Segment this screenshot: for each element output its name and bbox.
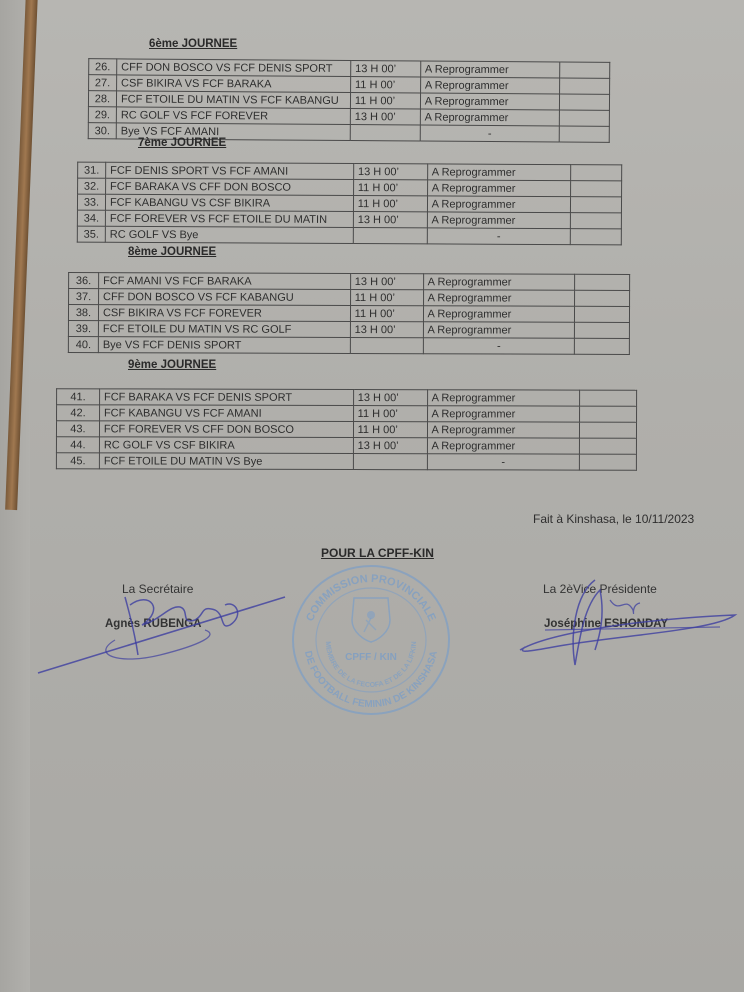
match-extra bbox=[560, 110, 610, 126]
match-time: 11 H 00’ bbox=[350, 290, 423, 306]
match-time: 13 H 00’ bbox=[350, 109, 420, 125]
match-time bbox=[350, 125, 420, 141]
match-status: A Reprogrammer bbox=[427, 406, 580, 422]
match-teams: FCF BARAKA VS CFF DON BOSCO bbox=[106, 178, 354, 195]
match-status: A Reprogrammer bbox=[423, 290, 575, 307]
schedule-table-7: 31.FCF DENIS SPORT VS FCF AMANI13 H 00’A… bbox=[77, 162, 622, 246]
match-number: 41. bbox=[57, 389, 100, 405]
match-teams: FCF KABANGU VS CSF BIKIRA bbox=[105, 194, 353, 211]
match-status: A Reprogrammer bbox=[427, 180, 571, 197]
match-extra bbox=[580, 422, 637, 438]
match-row: 41.FCF BARAKA VS FCF DENIS SPORT13 H 00’… bbox=[57, 389, 637, 407]
match-status: A Reprogrammer bbox=[427, 196, 571, 213]
match-teams: FCF ETOILE DU MATIN VS RC GOLF bbox=[98, 321, 350, 338]
match-status: - bbox=[427, 228, 571, 245]
match-extra bbox=[580, 406, 637, 422]
match-extra bbox=[580, 454, 637, 470]
match-status: A Reprogrammer bbox=[420, 77, 560, 94]
match-row: 40.Bye VS FCF DENIS SPORT- bbox=[68, 337, 629, 355]
match-row: 35.RC GOLF VS Bye- bbox=[77, 226, 621, 245]
match-status: - bbox=[427, 454, 580, 470]
match-teams: RC GOLF VS FCF FOREVER bbox=[116, 107, 350, 125]
match-teams: RC GOLF VS Bye bbox=[105, 226, 353, 243]
match-number: 30. bbox=[88, 123, 116, 139]
match-extra bbox=[575, 306, 630, 322]
match-extra bbox=[575, 322, 630, 338]
match-status: A Reprogrammer bbox=[427, 164, 571, 181]
match-extra bbox=[575, 274, 630, 290]
match-status: A Reprogrammer bbox=[427, 438, 580, 454]
match-teams: CFF DON BOSCO VS FCF KABANGU bbox=[98, 289, 350, 306]
section-title-8: 8ème JOURNEE bbox=[128, 246, 216, 258]
match-number: 34. bbox=[77, 210, 105, 226]
match-number: 32. bbox=[78, 178, 106, 194]
match-extra bbox=[575, 290, 630, 306]
match-teams: CSF BIKIRA VS FCF FOREVER bbox=[98, 305, 350, 322]
match-number: 28. bbox=[88, 91, 116, 107]
match-extra bbox=[575, 338, 630, 354]
match-teams: FCF BARAKA VS FCF DENIS SPORT bbox=[99, 389, 353, 406]
schedule-table-8: 36.FCF AMANI VS FCF BARAKA13 H 00’A Repr… bbox=[68, 272, 630, 355]
official-stamp: COMMISSION PROVINCIALE DE FOOTBALL FEMIN… bbox=[286, 560, 456, 720]
match-teams: RC GOLF VS CSF BIKIRA bbox=[99, 437, 353, 454]
match-row: 42.FCF KABANGU VS FCF AMANI11 H 00’A Rep… bbox=[57, 405, 637, 423]
match-status: A Reprogrammer bbox=[420, 93, 560, 110]
match-number: 37. bbox=[69, 289, 99, 305]
match-status: A Reprogrammer bbox=[423, 274, 575, 291]
match-teams: CSF BIKIRA VS FCF BARAKA bbox=[117, 75, 351, 93]
place-date: Fait à Kinshasa, le 10/11/2023 bbox=[533, 512, 694, 526]
match-row: 36.FCF AMANI VS FCF BARAKA13 H 00’A Repr… bbox=[69, 273, 630, 291]
match-number: 27. bbox=[89, 75, 117, 91]
match-extra bbox=[571, 197, 622, 213]
match-status: A Reprogrammer bbox=[427, 422, 580, 438]
match-number: 31. bbox=[78, 162, 106, 178]
match-number: 36. bbox=[69, 273, 99, 289]
match-teams: FCF ETOILE DU MATIN VS Bye bbox=[99, 453, 353, 470]
match-extra bbox=[571, 213, 622, 229]
match-teams: FCF DENIS SPORT VS FCF AMANI bbox=[106, 162, 354, 179]
schedule-table-6: 26.CFF DON BOSCO VS FCF DENIS SPORT13 H … bbox=[88, 58, 611, 143]
match-number: 44. bbox=[56, 437, 99, 453]
match-status: - bbox=[423, 338, 575, 355]
match-time: 11 H 00’ bbox=[353, 406, 427, 422]
match-number: 40. bbox=[68, 337, 98, 353]
match-time: 13 H 00’ bbox=[353, 438, 427, 454]
match-status: A Reprogrammer bbox=[420, 109, 560, 126]
section-title-7: 7ème JOURNEE bbox=[138, 137, 226, 149]
match-extra bbox=[560, 62, 610, 78]
match-number: 39. bbox=[68, 321, 98, 337]
section-title-6: 6ème JOURNEE bbox=[149, 38, 237, 50]
match-teams: FCF AMANI VS FCF BARAKA bbox=[99, 273, 351, 290]
match-time: 13 H 00’ bbox=[353, 212, 427, 228]
match-teams: Bye VS FCF DENIS SPORT bbox=[98, 337, 350, 354]
match-number: 33. bbox=[77, 194, 105, 210]
match-time: 11 H 00’ bbox=[350, 306, 423, 322]
match-row: 43.FCF FOREVER VS CFF DON BOSCO11 H 00’A… bbox=[56, 421, 636, 439]
match-number: 42. bbox=[57, 405, 100, 421]
match-time: 11 H 00’ bbox=[353, 422, 427, 438]
match-extra bbox=[580, 390, 637, 406]
match-number: 43. bbox=[56, 421, 99, 437]
match-time: 11 H 00’ bbox=[353, 196, 427, 212]
match-row: 44.RC GOLF VS CSF BIKIRA13 H 00’A Reprog… bbox=[56, 437, 636, 455]
match-time bbox=[353, 454, 427, 470]
match-extra bbox=[560, 126, 610, 142]
match-number: 45. bbox=[56, 453, 99, 469]
match-number: 35. bbox=[77, 226, 105, 242]
match-number: 29. bbox=[88, 107, 116, 123]
left-signature bbox=[30, 585, 290, 685]
match-teams: FCF FOREVER VS CFF DON BOSCO bbox=[99, 421, 353, 438]
match-number: 26. bbox=[89, 59, 117, 75]
match-teams: FCF FOREVER VS FCF ETOILE DU MATIN bbox=[105, 210, 353, 227]
stamp-center-text: CPFF / KIN bbox=[345, 652, 397, 663]
match-extra bbox=[580, 438, 637, 454]
match-time: 13 H 00’ bbox=[351, 61, 421, 77]
match-teams: FCF ETOILE DU MATIN VS FCF KABANGU bbox=[116, 91, 350, 109]
match-time: 13 H 00’ bbox=[353, 164, 427, 180]
match-extra bbox=[571, 229, 622, 245]
match-status: A Reprogrammer bbox=[427, 390, 580, 406]
match-extra bbox=[560, 94, 610, 110]
match-extra bbox=[571, 181, 622, 197]
match-number: 38. bbox=[68, 305, 98, 321]
match-time bbox=[353, 228, 427, 244]
match-time: 13 H 00’ bbox=[350, 274, 423, 290]
match-status: A Reprogrammer bbox=[427, 212, 571, 229]
match-time: 13 H 00’ bbox=[350, 322, 423, 338]
match-extra bbox=[560, 78, 610, 94]
match-time: 11 H 00’ bbox=[350, 93, 420, 109]
match-time bbox=[350, 338, 423, 354]
match-row: 37.CFF DON BOSCO VS FCF KABANGU11 H 00’A… bbox=[69, 289, 630, 307]
match-time: 11 H 00’ bbox=[353, 180, 427, 196]
for-organization: POUR LA CPFF-KIN bbox=[321, 546, 434, 560]
match-row: 45.FCF ETOILE DU MATIN VS Bye- bbox=[56, 453, 636, 471]
match-row: 38.CSF BIKIRA VS FCF FOREVER11 H 00’A Re… bbox=[68, 305, 629, 323]
match-extra bbox=[571, 165, 622, 181]
match-status: A Reprogrammer bbox=[423, 306, 575, 323]
match-teams: FCF KABANGU VS FCF AMANI bbox=[99, 405, 353, 422]
section-title-9: 9ème JOURNEE bbox=[128, 359, 216, 371]
match-time: 13 H 00’ bbox=[353, 390, 427, 406]
match-status: A Reprogrammer bbox=[423, 322, 575, 339]
match-time: 11 H 00’ bbox=[350, 77, 420, 93]
match-status: A Reprogrammer bbox=[420, 61, 560, 78]
right-signature bbox=[505, 575, 744, 675]
schedule-table-9: 41.FCF BARAKA VS FCF DENIS SPORT13 H 00’… bbox=[56, 388, 637, 471]
match-teams: CFF DON BOSCO VS FCF DENIS SPORT bbox=[117, 59, 351, 77]
match-row: 39.FCF ETOILE DU MATIN VS RC GOLF13 H 00… bbox=[68, 321, 629, 339]
match-status: - bbox=[420, 125, 560, 142]
